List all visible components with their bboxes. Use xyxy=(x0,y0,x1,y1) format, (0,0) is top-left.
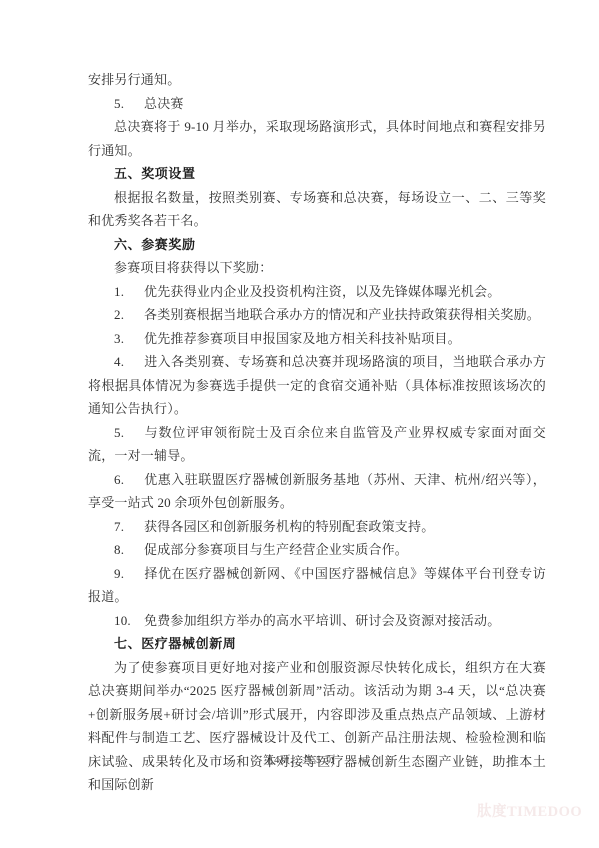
list-item-number: 8. xyxy=(114,538,144,562)
doc-list-item: 5.与数位评审领衔院士及百余位来自监管及产业界权威专家面对面交流，一对一辅导。 xyxy=(88,421,546,468)
list-item-number: 4. xyxy=(114,350,144,374)
list-item-number: 9. xyxy=(114,562,144,586)
list-item-text: 获得各园区和创新服务机构的特别配套政策支持。 xyxy=(144,519,434,534)
doc-paragraph: 根据报名数量，按照类别赛、专场赛和总决赛，每场设立一、二、三等奖和优秀奖各若干名… xyxy=(88,186,546,233)
list-item-number: 2. xyxy=(114,303,144,327)
list-item-number: 7. xyxy=(114,515,144,539)
list-item-number: 5. xyxy=(114,421,144,445)
list-item-text: 总决赛 xyxy=(144,96,184,111)
doc-list-item: 2.各类别赛根据当地联合承办方的情况和产业扶持政策获得相关奖励。 xyxy=(88,303,546,327)
doc-list-item: 10.免费参加组织方举办的高水平培训、研讨会及资源对接活动。 xyxy=(88,609,546,633)
list-item-text: 优先推荐参赛项目申报国家及地方相关科技补贴项目。 xyxy=(144,331,461,346)
list-item-number: 10. xyxy=(114,609,144,633)
doc-list-item: 8.促成部分参赛项目与生产经营企业实质合作。 xyxy=(88,538,546,562)
doc-heading: 七、医疗器械创新周 xyxy=(88,632,546,656)
list-item-text: 免费参加组织方举办的高水平培训、研讨会及资源对接活动。 xyxy=(144,613,500,628)
doc-heading: 六、参赛奖励 xyxy=(88,233,546,257)
page-number-footer: 第4页，共 5 页 xyxy=(0,752,599,767)
doc-paragraph: 安排另行通知。 xyxy=(88,68,546,92)
list-item-number: 3. xyxy=(114,327,144,351)
list-item-text: 优先获得业内企业及投资机构注资，以及先锋媒体曝光机会。 xyxy=(144,284,500,299)
list-item-text: 择优在医疗器械创新网、《中国医疗器械信息》等媒体平台刊登专访报道。 xyxy=(88,566,546,605)
list-item-text: 与数位评审领衔院士及百余位来自监管及产业界权威专家面对面交流，一对一辅导。 xyxy=(88,425,546,464)
doc-list-item: 5.总决赛 xyxy=(88,92,546,116)
doc-list-item: 6.优惠入驻联盟医疗器械创新服务基地（苏州、天津、杭州/绍兴等），享受一站式 2… xyxy=(88,468,546,515)
doc-list-item: 7.获得各园区和创新服务机构的特别配套政策支持。 xyxy=(88,515,546,539)
timedoo-watermark: 肽度TIMEDOO xyxy=(477,800,582,821)
list-item-text: 进入各类别赛、专场赛和总决赛并现场路演的项目，当地联合承办方将根据具体情况为参赛… xyxy=(88,354,546,416)
doc-list-item: 3.优先推荐参赛项目申报国家及地方相关科技补贴项目。 xyxy=(88,327,546,351)
doc-list-item: 4.进入各类别赛、专场赛和总决赛并现场路演的项目，当地联合承办方将根据具体情况为… xyxy=(88,350,546,421)
document-page: 安排另行通知。5.总决赛总决赛将于 9-10 月举办，采取现场路演形式，具体时间… xyxy=(0,0,599,848)
list-item-text: 各类别赛根据当地联合承办方的情况和产业扶持政策获得相关奖励。 xyxy=(144,307,540,322)
document-body: 安排另行通知。5.总决赛总决赛将于 9-10 月举办，采取现场路演形式，具体时间… xyxy=(88,68,546,797)
doc-paragraph: 参赛项目将获得以下奖励： xyxy=(88,256,546,280)
list-item-number: 6. xyxy=(114,468,144,492)
doc-paragraph: 为了使参赛项目更好地对接产业和创服资源尽快转化成长，组织方在大赛总决赛期间举办“… xyxy=(88,656,546,797)
doc-list-item: 9.择优在医疗器械创新网、《中国医疗器械信息》等媒体平台刊登专访报道。 xyxy=(88,562,546,609)
list-item-text: 优惠入驻联盟医疗器械创新服务基地（苏州、天津、杭州/绍兴等），享受一站式 20 … xyxy=(88,472,546,511)
list-item-text: 促成部分参赛项目与生产经营企业实质合作。 xyxy=(144,542,408,557)
doc-heading: 五、奖项设置 xyxy=(88,162,546,186)
list-item-number: 1. xyxy=(114,280,144,304)
doc-paragraph: 总决赛将于 9-10 月举办，采取现场路演形式，具体时间地点和赛程安排另行通知。 xyxy=(88,115,546,162)
doc-list-item: 1.优先获得业内企业及投资机构注资，以及先锋媒体曝光机会。 xyxy=(88,280,546,304)
list-item-number: 5. xyxy=(114,92,144,116)
